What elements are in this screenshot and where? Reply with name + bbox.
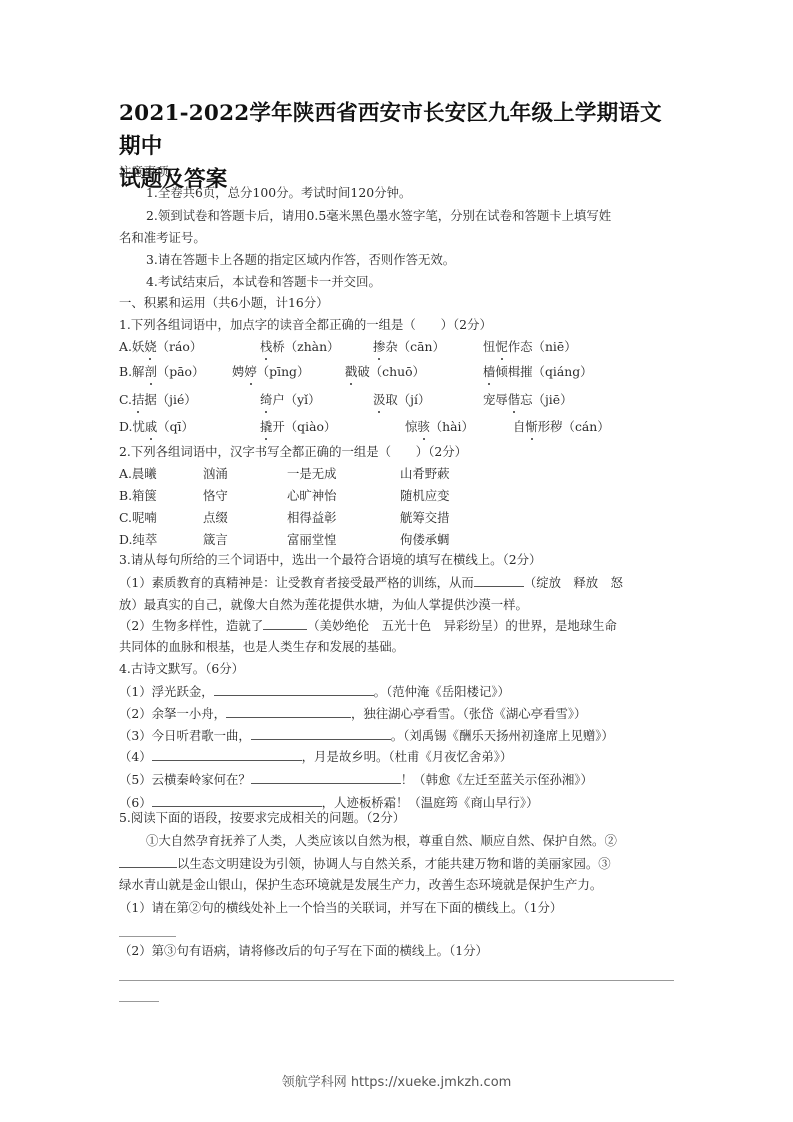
word-suffix: 形秽（cán）	[538, 419, 610, 434]
recitation-prompt: （3）今日听君歌一曲，	[119, 728, 251, 743]
q1-option-c-word: C.拮据（jié）	[119, 390, 197, 410]
notice-item-3: 3.请在答题卡上各题的指定区域内作答，否则作答无效。	[146, 250, 455, 270]
word-suffix: （qī）	[157, 419, 194, 434]
q3-part2-text-b: （美妙绝伦 五光十色 异彩纷呈）的世界，是地球生命	[307, 618, 617, 633]
q3-part1-text-a: （1）素质教育的真精神是：让受教育者接受最严格的训练，从而	[119, 575, 474, 590]
q1-option-a-word: A.妖娆（ráo）	[119, 337, 202, 357]
word-suffix: 破（chuō）	[357, 364, 425, 379]
word-suffix: 取（jí）	[385, 392, 430, 407]
dotted-character: 戚	[145, 417, 157, 437]
q2-option-d-word: 佝偻承蜩	[400, 530, 450, 550]
word-prefix: 忧	[132, 419, 144, 434]
q4-stem: 4.古诗文默写。（6分）	[119, 659, 244, 679]
title-line-1: 2021-2022学年陕西省西安市长安区九年级上学期语文期中	[119, 97, 679, 163]
q1-option-c-word: 宠辱偕忘（jiē）	[483, 390, 572, 410]
q5-para-line2: 以生态文明建设为引领，协调人与自然关系，才能共建万物和谐的美丽家园。③	[119, 853, 611, 874]
word-suffix: 忘（jiē）	[520, 392, 572, 407]
recitation-prompt: （5）云横秦岭家何在？	[119, 772, 251, 787]
word-suffix: （ráo）	[157, 339, 203, 354]
dotted-character: 汲	[373, 390, 385, 410]
recitation-prompt: （2）余拏一小舟，	[119, 706, 226, 721]
word-prefix: 妖	[132, 339, 144, 354]
option-label: C.	[119, 392, 132, 407]
q5-sub2: （2）第③句有语病，请将修改后的句子写在下面的横线上。（1分）	[119, 941, 488, 961]
q2-option-a-word: 汹涌	[203, 464, 228, 484]
q2-option-a-word: 山肴野蔌	[400, 464, 450, 484]
notice-item-1: 1.全卷共6页，总分100分。考试时间120分钟。	[146, 183, 411, 203]
recitation-blank[interactable]	[226, 703, 351, 718]
dotted-character: 掺	[373, 337, 385, 357]
recitation-blank[interactable]	[152, 746, 302, 761]
q5-stem: 5.阅读下面的语段，按要求完成相关的问题。（2分）	[119, 808, 405, 828]
q2-option-b-word: 心旷神怡	[287, 486, 337, 506]
recitation-source: ，月是故乡明。（杜甫《月夜忆舍弟》）	[302, 749, 513, 764]
q1-option-b-word: 娉婷（pīng）	[232, 362, 309, 382]
recitation-blank[interactable]	[152, 792, 322, 807]
q2-option-b-word: 恪守	[203, 486, 228, 506]
q5-sub2-answer-line-2[interactable]	[119, 1001, 159, 1002]
dotted-character: 惭	[525, 417, 537, 437]
recitation-source: 。（刘禹锡《酬乐天扬州初逢席上见赠》）	[391, 728, 614, 743]
notice-item-2-cont: 名和准考证号。	[119, 228, 206, 248]
q2-stem: 2.下列各组词语中，汉字书写全都正确的一组是（ ）（2分）	[119, 442, 467, 462]
q2-option-d-word: 富丽堂惶	[287, 530, 337, 550]
dotted-character: 绮	[260, 390, 272, 410]
word-suffix: （pāo）	[157, 364, 205, 379]
word-prefix: 自	[513, 419, 525, 434]
q1-option-a-word: 栈桥（zhàn）	[260, 337, 339, 357]
word-suffix: （hài）	[430, 419, 474, 434]
word-prefix: 宠辱	[483, 392, 508, 407]
q5-para-line1: ①大自然孕育抚养了人类，人类应该以自然为根，尊重自然、顺应自然、保护自然。②	[146, 831, 617, 851]
q1-option-c-word: 汲取（jí）	[373, 390, 430, 410]
dotted-character: 偕	[508, 390, 520, 410]
q1-option-d-word: D.忧戚（qī）	[119, 417, 194, 437]
word-suffix: 户（yǐ）	[272, 392, 320, 407]
q3-part1-text-b: （绽放 释放 怒	[524, 575, 623, 590]
dotted-character: 婷	[244, 362, 256, 382]
q2-option-a-word: 一是无成	[287, 464, 337, 484]
q3-blank-1[interactable]	[474, 572, 524, 587]
recitation-blank[interactable]	[214, 681, 374, 696]
word-suffix: 桥（zhàn）	[272, 339, 339, 354]
dotted-character: 栈	[260, 337, 272, 357]
recitation-source: 。（范仲淹《岳阳楼记》）	[374, 684, 510, 699]
document-title: 2021-2022学年陕西省西安市长安区九年级上学期语文期中 试题及答案	[119, 97, 679, 196]
q1-option-d-word: 惊骇（hài）	[405, 417, 474, 437]
q4-recitation-line-1: （1）浮光跃金，。（范仲淹《岳阳楼记》）	[119, 681, 510, 702]
q3-part2-line2: 共同体的血脉和根基，也是人类生存和发展的基础。	[119, 637, 404, 657]
q5-sub2-answer-line-1[interactable]	[119, 980, 674, 981]
q1-option-a-word: 掺杂（cān）	[373, 337, 445, 357]
q1-option-b-word: B.解剖（pāo）	[119, 362, 204, 382]
q4-recitation-line-2: （2）余拏一小舟，，独往湖心亭看雪。（张岱《湖心亭看雪》）	[119, 703, 586, 724]
footer-watermark: 领航学科网 https://xueke.jmkzh.com	[0, 1071, 793, 1090]
q1-stem: 1.下列各组词语中，加点字的读音全都正确的一组是（ ）（2分）	[119, 315, 492, 335]
recitation-source: ，独往湖心亭看雪。（张岱《湖心亭看雪》）	[351, 706, 586, 721]
recitation-prompt: （4）	[119, 749, 152, 764]
option-label: A.	[119, 339, 132, 354]
q1-option-b-word: 戳破（chuō）	[345, 362, 425, 382]
word-suffix: 倾楫摧（qiáng）	[495, 364, 592, 379]
notice-item-2: 2.领到试卷和答题卡后，请用0.5毫米黑色墨水签字笔，分别在试卷和答题卡上填写姓	[146, 206, 611, 226]
q4-recitation-line-4: （4），月是故乡明。（杜甫《月夜忆舍弟》）	[119, 746, 512, 767]
dotted-character: 娆	[144, 337, 156, 357]
q2-option-b-word: 随机应变	[400, 486, 450, 506]
q2-option-d-word: D.纯萃	[119, 530, 157, 550]
section-1-heading: 一、积累和运用（共6小题，计16分）	[119, 293, 329, 313]
recitation-blank[interactable]	[251, 769, 401, 784]
q4-recitation-line-5: （5）云横秦岭家何在？！（韩愈《左迁至蓝关示侄孙湘》）	[119, 769, 593, 790]
word-suffix: （pīng）	[257, 364, 310, 379]
q2-option-c-word: 觥筹交措	[400, 508, 450, 528]
q1-option-d-word: 撬开（qiào）	[260, 417, 336, 437]
q2-option-b-word: B.箱箧	[119, 486, 157, 506]
option-label: D.	[119, 419, 132, 434]
word-prefix: 解	[132, 364, 144, 379]
q5-para-line3: 绿水青山就是金山银山，保护生态环境就是发展生产力，改善生态环境就是保护生产力。	[119, 875, 602, 895]
dotted-character: 拮	[132, 390, 144, 410]
dotted-character: 戳	[345, 362, 357, 382]
q2-option-c-word: 相得益彰	[287, 508, 337, 528]
word-prefix: 惊	[405, 419, 417, 434]
word-suffix: 作态（niē）	[508, 339, 577, 354]
dotted-character: 剖	[144, 362, 156, 382]
q1-option-b-word: 樯倾楫摧（qiáng）	[483, 362, 593, 382]
word-suffix: 据（jié）	[144, 392, 196, 407]
q3-blank-2[interactable]	[263, 615, 307, 630]
dotted-character: 骇	[417, 417, 429, 437]
q3-part2-line1: （2）生物多样性，造就了（美妙绝伦 五光十色 异彩纷呈）的世界，是地球生命	[119, 615, 617, 636]
q1-option-d-word: 自惭形秽（cán）	[513, 417, 610, 437]
word-suffix: 开（qiào）	[272, 419, 336, 434]
dotted-character: 怩	[495, 337, 507, 357]
q2-option-c-word: 点缀	[203, 508, 228, 528]
q5-para-line2-text: 以生态文明建设为引领，协调人与自然关系，才能共建万物和谐的美丽家园。③	[177, 856, 611, 871]
recitation-source: ！（韩愈《左迁至蓝关示侄孙湘》）	[401, 772, 593, 787]
recitation-blank[interactable]	[251, 725, 391, 740]
q3-part2-text-a: （2）生物多样性，造就了	[119, 618, 263, 633]
option-label: B.	[119, 364, 132, 379]
q3-part1-line1: （1）素质教育的真精神是：让受教育者接受最严格的训练，从而（绽放 释放 怒	[119, 572, 623, 593]
word-prefix: 娉	[232, 364, 244, 379]
q5-blank-connective[interactable]	[119, 853, 177, 868]
word-suffix: 杂（cān）	[385, 339, 444, 354]
notice-heading: 注意事项：	[119, 162, 181, 182]
q2-option-a-word: A.晨曦	[119, 464, 157, 484]
recitation-prompt: （1）浮光跃金，	[119, 684, 214, 699]
q2-option-d-word: 箴言	[203, 530, 228, 550]
q1-option-a-word: 忸怩作态（niē）	[483, 337, 577, 357]
q5-sub1-answer-line[interactable]	[119, 936, 176, 937]
q4-recitation-line-3: （3）今日听君歌一曲，。（刘禹锡《酬乐天扬州初逢席上见赠》）	[119, 725, 614, 746]
q3-stem: 3.请从每句所给的三个词语中，选出一个最符合语境的填写在横线上。（2分）	[119, 550, 541, 570]
q5-sub1: （1）请在第②句的横线处补上一个恰当的关联词，并写在下面的横线上。（1分）	[119, 898, 562, 918]
q2-option-c-word: C.呢喃	[119, 508, 157, 528]
q3-part1-line2: 放）最真实的自己，就像大自然为莲花提供水塘，为仙人掌提供沙漠一样。	[119, 595, 528, 615]
dotted-character: 撬	[260, 417, 272, 437]
q1-option-c-word: 绮户（yǐ）	[260, 390, 321, 410]
word-prefix: 忸	[483, 339, 495, 354]
notice-item-4: 4.考试结束后，本试卷和答题卡一并交回。	[146, 272, 381, 292]
dotted-character: 樯	[483, 362, 495, 382]
